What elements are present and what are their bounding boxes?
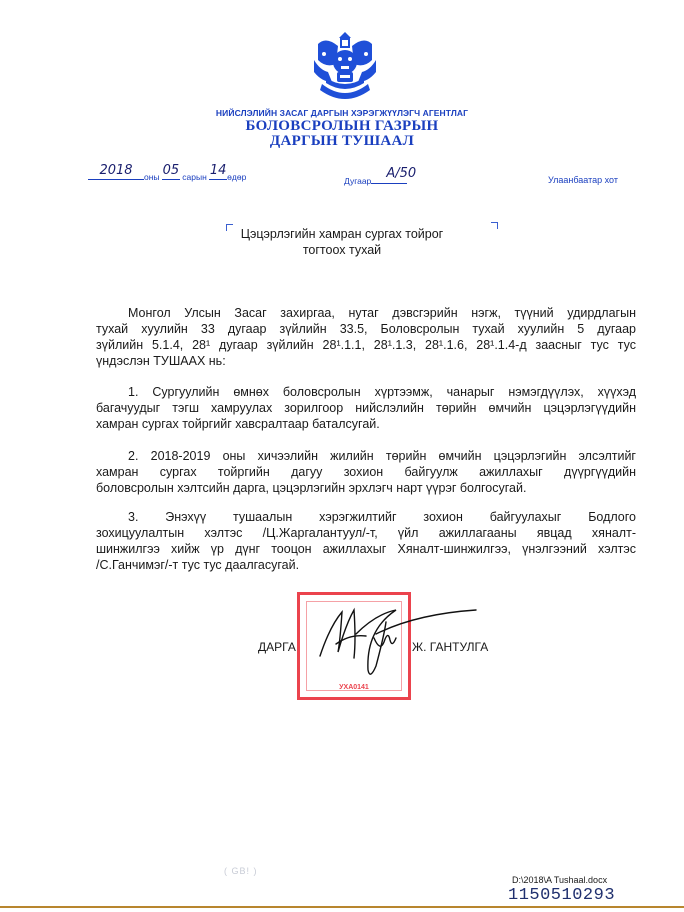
item-line: зохицуулалтын хэлтэс /Ц.Жаргалантуул/-т,… xyxy=(96,525,636,541)
city: Улаанбаатар хот xyxy=(548,175,618,185)
preamble-line: үндэслэн ТУШААХ нь: xyxy=(96,353,636,369)
preamble-line: тухай хуулийн 33 дугаар зүйлийн 33.5, Бо… xyxy=(96,321,636,337)
order-item-3: 3. Энэхүү тушаалын хэрэгжилтийг зохион б… xyxy=(96,509,636,573)
year-value: 2018 xyxy=(99,163,132,178)
number-label: Дугаар xyxy=(344,176,371,186)
faint-mark: ( GB! ) xyxy=(224,866,258,876)
month-label: сарын xyxy=(182,172,207,182)
month-value: 05 xyxy=(163,163,180,178)
year-field: 2018 xyxy=(88,170,144,180)
item-line: 2. 2018-2019 оны хичээлийн жилийн төрийн… xyxy=(96,448,636,464)
file-path: D:\2018\A Tushaal.docx xyxy=(512,875,607,885)
signatory-title: ДАРГА xyxy=(258,640,296,654)
document-page: НИЙСЛЭЛИЙН ЗАСАГ ДАРГЫН ХЭРЭГЖҮҮЛЭГЧ АГЕ… xyxy=(0,0,684,906)
day-value: 14 xyxy=(210,163,227,178)
day-field: 14 xyxy=(209,170,227,180)
item-line: /С.Ганчимэг/-т тус тус даалгасугай. xyxy=(96,557,636,573)
soyombo-emblem-icon xyxy=(312,30,378,102)
number-value: А/50 xyxy=(386,166,416,181)
number-line: Дугаар А/50 xyxy=(344,174,407,186)
item-line: боловсролын хэлтсийн дарга, цэцэрлэгийн … xyxy=(96,480,636,496)
order-item-1: 1. Сургуулийн өмнөх боловсролын хүртээмж… xyxy=(96,384,636,432)
order-item-2: 2. 2018-2019 оны хичээлийн жилийн төрийн… xyxy=(96,448,636,496)
bottom-strip xyxy=(0,908,684,912)
preamble-paragraph: Монгол Улсын Засаг захиргаа, нутаг дэвсг… xyxy=(96,305,636,369)
year-label: оны xyxy=(144,172,160,182)
item-line: хамран сургах тойргийн дагуу зохион байг… xyxy=(96,464,636,480)
item-line: 3. Энэхүү тушаалын хэрэгжилтийг зохион б… xyxy=(96,509,636,525)
day-label: өдөр xyxy=(227,172,246,182)
month-field: 05 xyxy=(162,170,180,180)
item-line: 1. Сургуулийн өмнөх боловсролын хүртээмж… xyxy=(96,384,636,400)
number-field: А/50 xyxy=(371,174,407,184)
agency-name: НИЙСЛЭЛИЙН ЗАСАГ ДАРГЫН ХЭРЭГЖҮҮЛЭГЧ АГЕ… xyxy=(0,108,684,118)
serial-number: 1150510293 xyxy=(508,886,615,905)
subject-line2: тогтоох тухай xyxy=(0,242,684,258)
preamble-line: Монгол Улсын Засаг захиргаа, нутаг дэвсг… xyxy=(96,305,636,321)
item-line: шинжилгээ хийж үр дүнг тооцон ажиллахыг … xyxy=(96,541,636,557)
preamble-line: зүйлийн 5.1.4, 28¹ дугаар зүйлийн 28¹.1.… xyxy=(96,337,636,353)
item-line: багачуудыг тэгш хамруулах зорилгоор нийс… xyxy=(96,400,636,416)
subject-line1: Цэцэрлэгийн хамран сургах тойрог xyxy=(0,226,684,242)
org-title-line2: ДАРГЫН ТУШААЛ xyxy=(0,133,684,150)
date-line: 2018 оны 05 сарын 14 өдөр xyxy=(88,170,246,182)
item-line: хамран сургах тойргийг хавсралтаар батал… xyxy=(96,416,636,432)
handwritten-signature-icon xyxy=(316,604,486,690)
